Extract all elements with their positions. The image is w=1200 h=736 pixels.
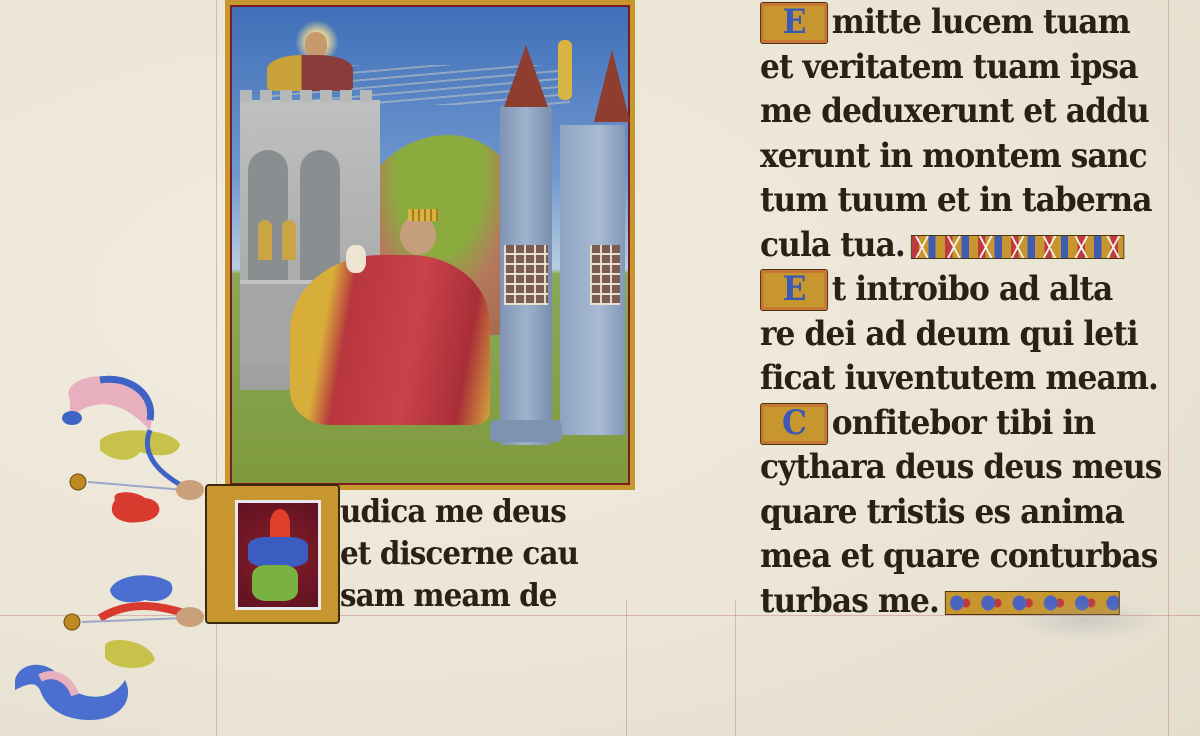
text-line: udica me deus [340,490,598,532]
decorated-initial-e: E [760,2,828,44]
text-line: Et introibo ad alta [760,267,1137,312]
jester-legs [252,565,298,601]
text-line: ficat iuventutem meam. [760,356,1137,401]
line-text: turbas me. [760,581,939,621]
marginal-acanthus-decoration [0,360,215,736]
historiated-initial-i [205,484,340,624]
tower-roof [504,45,548,107]
jester-hood [270,509,290,539]
king-robe [290,255,490,425]
line-text: et veritatem tuam ipsa [760,47,1138,87]
miniature-painting [225,0,635,490]
parchment-stain [1010,600,1160,640]
king-head [400,215,436,255]
crown-icon [408,209,438,221]
right-text-column: Emitte lucem tuam et veritatem tuam ipsa… [760,0,1170,623]
text-line: sam meam de [340,574,598,616]
text-line: mea et quare conturbas [760,534,1137,579]
jester-body [248,537,308,567]
window-grate [504,245,548,305]
golden-statue [558,40,572,100]
text-line: tum tuum et in taberna [760,178,1137,223]
arch [248,150,288,280]
left-text-column: udica me deus et discerne cau sam meam d… [340,490,620,616]
ruling-line [735,600,736,736]
god-figure [265,20,355,90]
text-line: cythara deus deus meus [760,445,1137,490]
line-text: xerunt in montem sanc [760,136,1147,176]
praying-hands [346,245,366,273]
text-line: Confitebor tibi in [760,401,1137,446]
line-text: mea et quare conturbas [760,536,1157,576]
ruling-line [216,0,217,736]
decorated-initial-c: C [760,403,828,445]
god-robe [267,55,353,91]
text-line: xerunt in montem sanc [760,134,1137,179]
line-text: cythara deus deus meus [760,447,1161,487]
tower-roof [594,50,630,122]
tower-base [490,420,562,442]
line-text: tum tuum et in taberna [760,180,1152,220]
text-line: me deduxerunt et addu [760,89,1137,134]
castle [490,45,630,455]
golden-door [258,220,272,260]
text-line: Emitte lucem tuam [760,0,1137,45]
line-text: quare tristis es anima [760,492,1124,532]
zigzag-line-filler [910,235,1123,259]
text-line: et discerne cau [340,532,598,574]
line-text: mitte lucem tuam [832,2,1130,42]
king-david [290,215,490,425]
text-line: cula tua. [760,223,1137,268]
line-text: cula tua. [760,225,905,265]
line-text: t introibo ad alta [832,269,1113,309]
line-text: me deduxerunt et addu [760,91,1149,131]
manuscript-page: udica me deus et discerne cau sam meam d… [0,0,1200,736]
ruling-line [626,600,627,736]
decorated-initial-e: E [760,269,828,311]
text-line: quare tristis es anima [760,490,1137,535]
window-grate [590,245,620,305]
line-text: re dei ad deum qui leti [760,314,1138,354]
line-text: ficat iuventutem meam. [760,358,1158,398]
text-line: re dei ad deum qui leti [760,312,1137,357]
initial-panel [235,500,321,610]
crenellation [240,90,380,102]
text-line: et veritatem tuam ipsa [760,45,1137,90]
line-text: onfitebor tibi in [832,403,1095,443]
